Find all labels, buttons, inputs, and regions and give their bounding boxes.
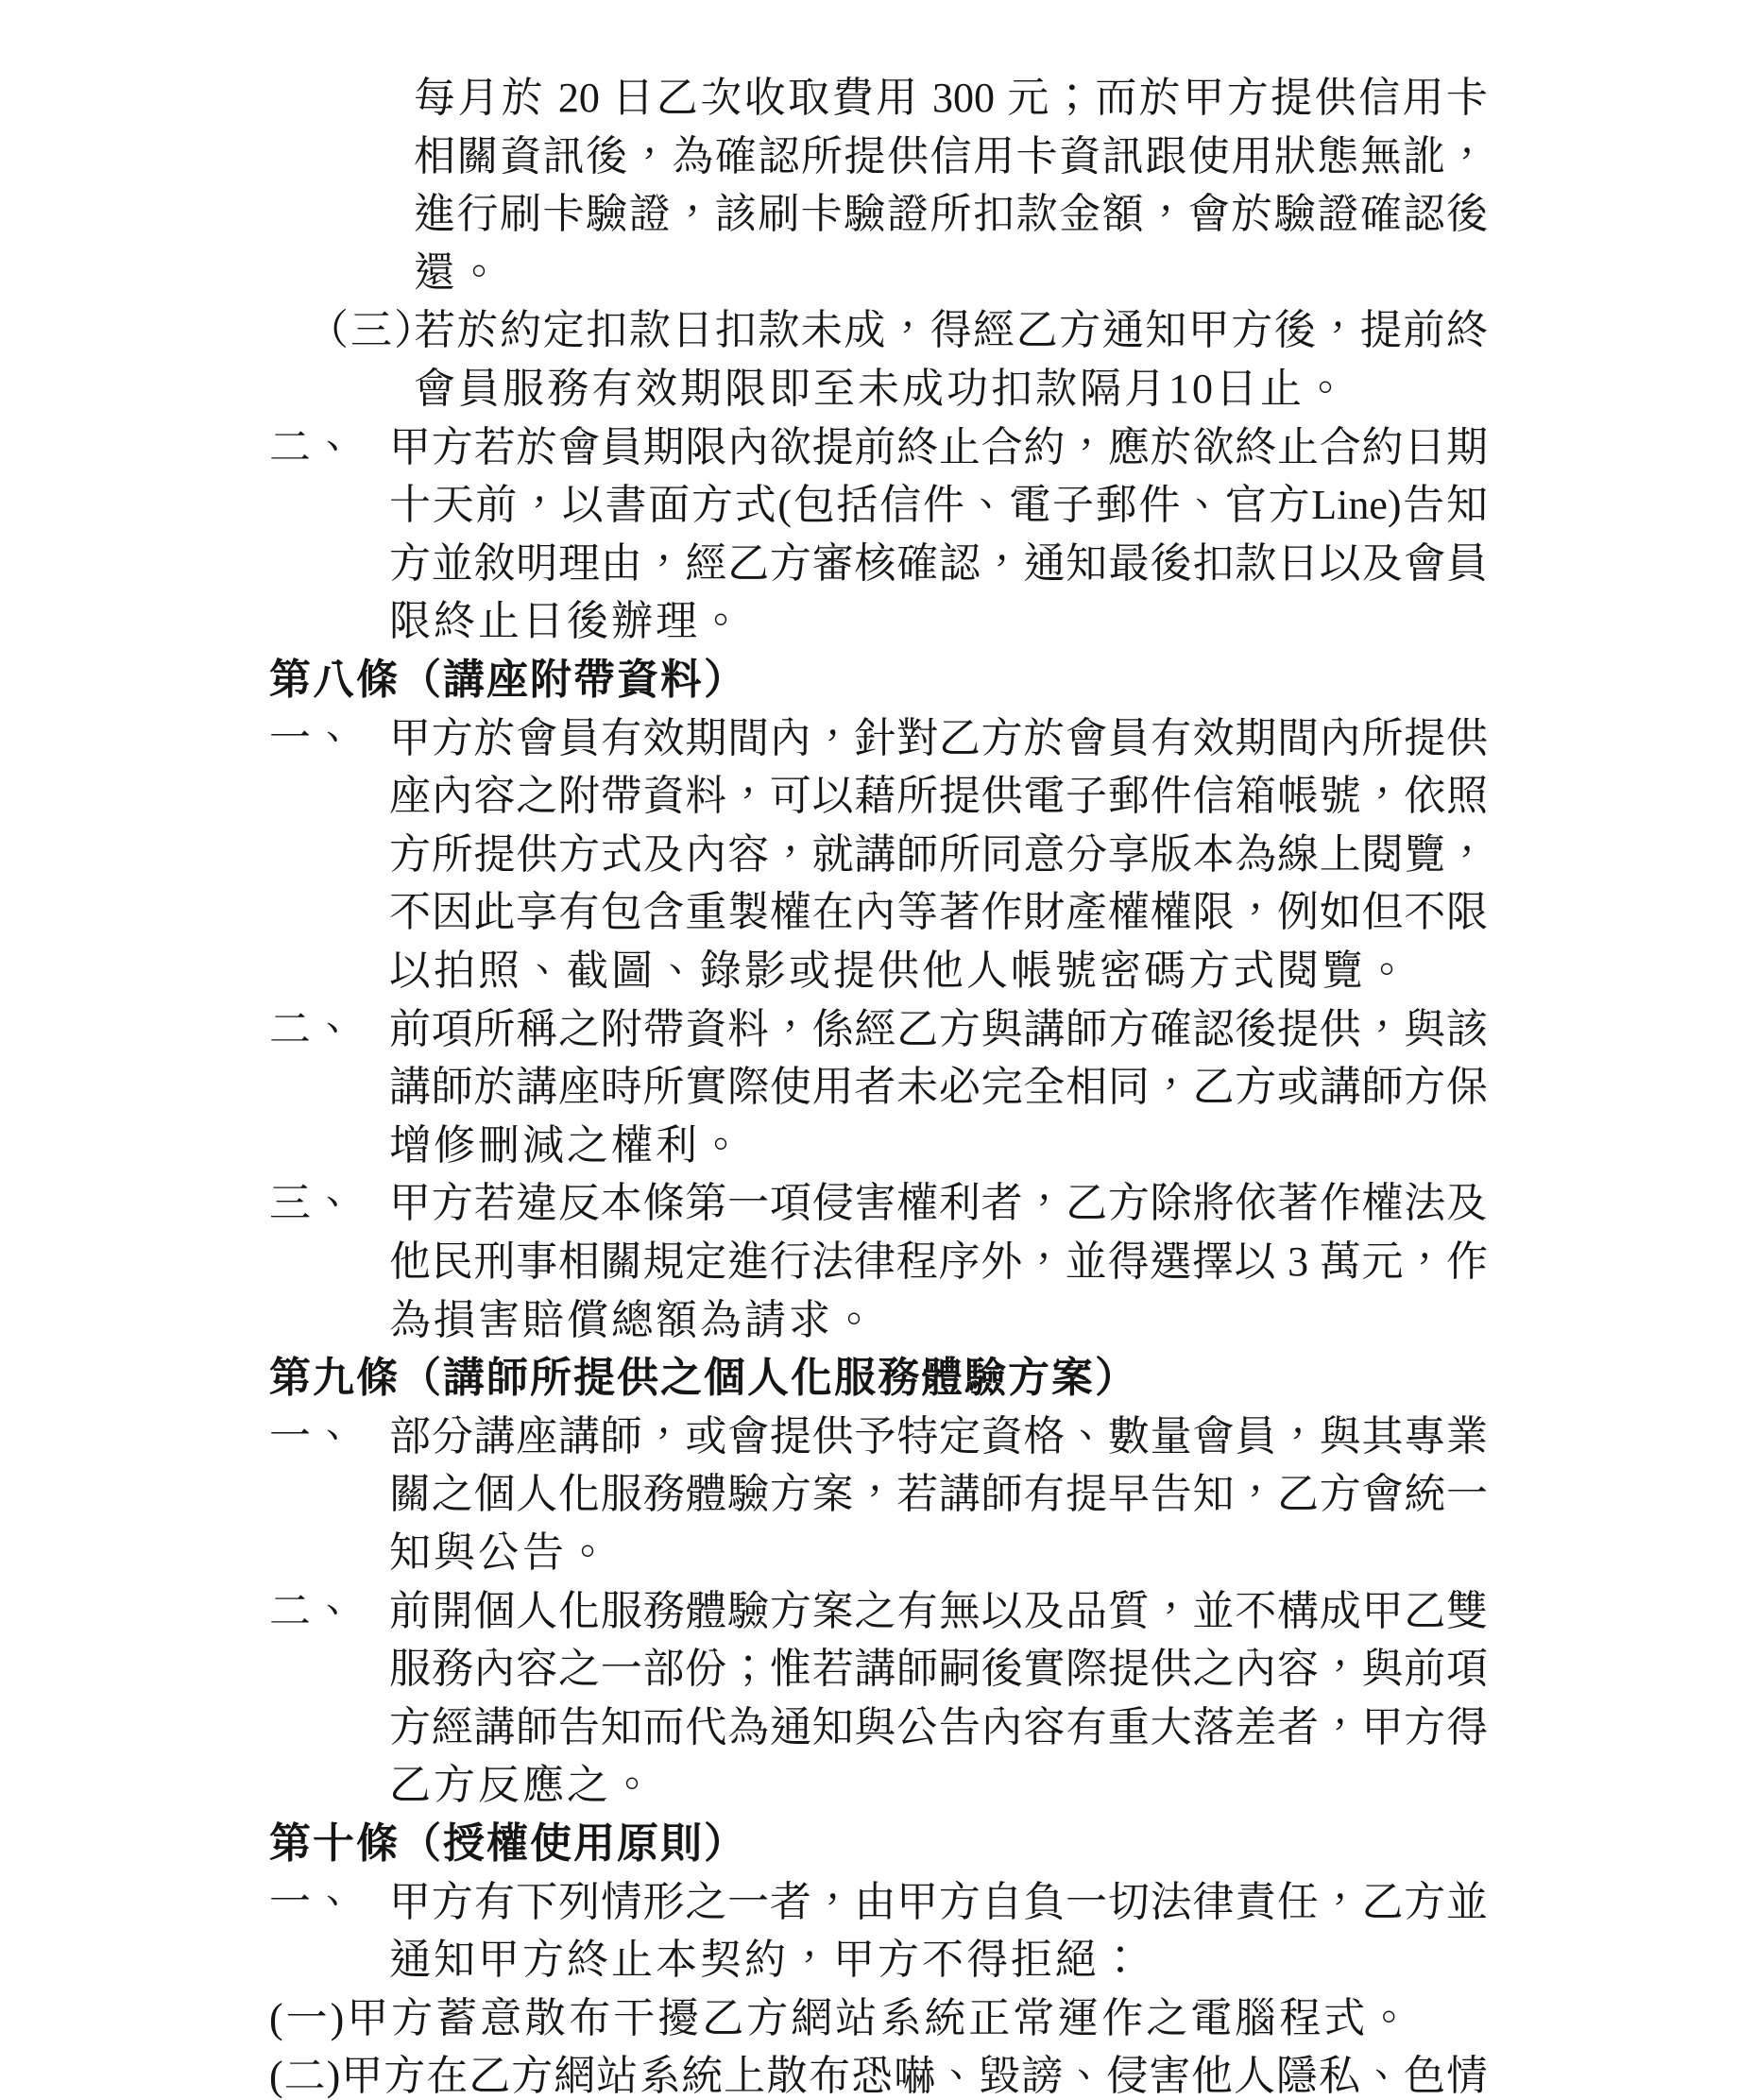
list-marker: 一、 xyxy=(269,1407,356,1466)
document-line: 還。 xyxy=(414,243,1488,302)
list-marker: 二、 xyxy=(269,999,356,1059)
document-line: 部分講座講師，或會提供予特定資格、數量會員，與其專業相 xyxy=(389,1407,1488,1466)
list-marker: （三） xyxy=(307,300,437,360)
list-marker: 二、 xyxy=(269,418,356,477)
document-line: 甲方有下列情形之一者，由甲方自負一切法律責任，乙方並得 xyxy=(389,1872,1488,1932)
list-marker: 三、 xyxy=(269,1173,356,1233)
document-line: 知與公告。 xyxy=(389,1523,1488,1582)
document-line: (一)甲方蓄意散布干擾乙方網站系統正常運作之電腦程式。 xyxy=(269,1989,1488,2048)
document-line: 不因此享有包含重製權在內等著作財產權權限，例如但不限於 xyxy=(389,882,1488,942)
document-line: 講師於講座時所實際使用者未必完全相同，乙方或講師方保有 xyxy=(389,1057,1488,1117)
section-heading: 第八條（講座附帶資料） xyxy=(269,650,747,709)
section-heading: 第十條（授權使用原則） xyxy=(269,1814,747,1873)
document-line: 增修刪減之權利。 xyxy=(389,1116,1488,1175)
document-line: 方經講師告知而代為通知與公告內容有重大落差者，甲方得向 xyxy=(389,1698,1488,1757)
document-line: 限終止日後辦理。 xyxy=(389,591,1488,651)
document-line: 方並敘明理由，經乙方審核確認，通知最後扣款日以及會員期 xyxy=(389,534,1488,593)
list-marker: 一、 xyxy=(269,1872,356,1932)
document-line: 會員服務有效期限即至未成功扣款隔月10日止。 xyxy=(414,359,1488,418)
document-line: 關之個人化服務體驗方案，若講師有提早告知，乙方會統一通 xyxy=(389,1464,1488,1524)
document-line: 相關資訊後，為確認所提供信用卡資訊跟使用狀態無訛，會 xyxy=(414,127,1488,186)
document-line: 為損害賠償總額為請求。 xyxy=(389,1290,1488,1350)
document-line: 甲方若違反本條第一項侵害權利者，乙方除將依著作權法及其 xyxy=(389,1173,1488,1233)
document-line: 每月於 20 日乙次收取費用 300 元；而於甲方提供信用卡 xyxy=(414,68,1488,128)
document-line: 進行刷卡驗證，該刷卡驗證所扣款金額，會於驗證確認後退 xyxy=(414,184,1488,244)
section-heading: 第九條（講師所提供之個人化服務體驗方案） xyxy=(269,1348,1138,1408)
document-line: 方所提供方式及內容，就講師所同意分享版本為線上閱覽，惟 xyxy=(389,825,1488,884)
list-marker: 二、 xyxy=(269,1581,356,1641)
document-line: 通知甲方終止本契約，甲方不得拒絕： xyxy=(389,1930,1488,1989)
document-line: 甲方若於會員期限內欲提前終止合約，應於欲終止合約日期三 xyxy=(389,418,1488,477)
document-line: 若於約定扣款日扣款未成，得經乙方通知甲方後，提前終止 xyxy=(414,300,1488,360)
document-line: 甲方於會員有效期間內，針對乙方於會員有效期間內所提供講 xyxy=(389,709,1488,768)
list-marker: 一、 xyxy=(269,709,356,768)
document-line: 他民刑事相關規定進行法律程序外，並得選擇以 3 萬元，作 xyxy=(389,1232,1488,1291)
document-line: 十天前，以書面方式(包括信件、電子郵件、官方Line)告知乙 xyxy=(389,475,1488,535)
document-text: 每月於 20 日乙次收取費用 300 元；而於甲方提供信用卡相關資訊後，為確認所… xyxy=(0,0,1757,2100)
contract-page: 每月於 20 日乙次收取費用 300 元；而於甲方提供信用卡相關資訊後，為確認所… xyxy=(0,0,1757,2100)
document-line: 乙方反應之。 xyxy=(389,1755,1488,1815)
document-line: (二)甲方在乙方網站系統上散布恐嚇、毀謗、侵害他人隱私、色情 xyxy=(269,2046,1488,2100)
document-line: 座內容之附帶資料，可以藉所提供電子郵件信箱帳號，依照乙 xyxy=(389,766,1488,826)
document-line: 服務內容之一部份；惟若講師嗣後實際提供之內容，與前項乙 xyxy=(389,1639,1488,1699)
document-line: 前開個人化服務體驗方案之有無以及品質，並不構成甲乙雙方 xyxy=(389,1581,1488,1641)
document-line: 前項所稱之附帶資料，係經乙方與講師方確認後提供，與該堂 xyxy=(389,999,1488,1059)
document-line: 以拍照、截圖、錄影或提供他人帳號密碼方式閱覽。 xyxy=(389,941,1488,1000)
